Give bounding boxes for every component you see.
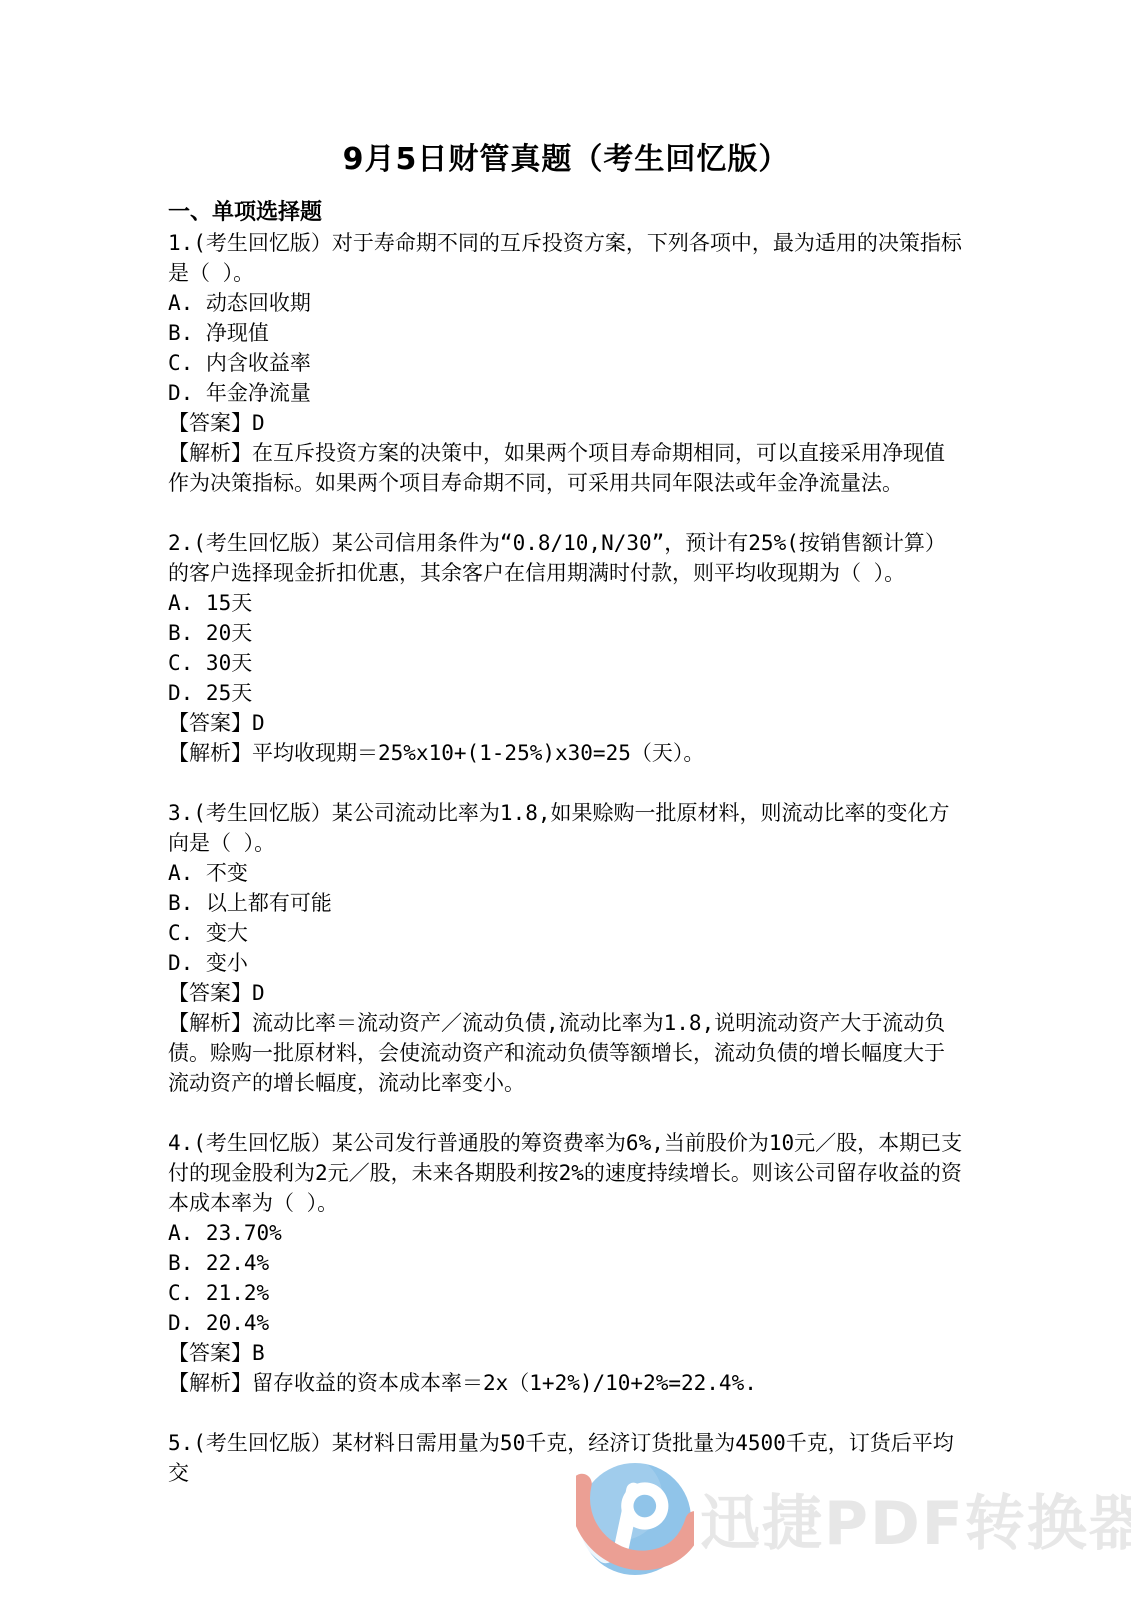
question-1-answer: D	[252, 411, 265, 435]
question-2-option-a: A. 15天	[168, 588, 964, 618]
question-3-stem: 3.(考生回忆版）某公司流动比率为1.8,如果赊购一批原材料，则流动比率的变化方…	[168, 798, 964, 858]
question-4-analysis: 留存收益的资本成本率＝2x（1+2%)/10+2%=22.4%.	[252, 1371, 757, 1395]
question-5-stem: 5.(考生回忆版）某材料日需用量为50千克，经济订货批量为4500千克，订货后平…	[168, 1428, 964, 1488]
question-3-option-c: C. 变大	[168, 918, 964, 948]
question-1-analysis-line: 【解析】在互斥投资方案的决策中，如果两个项目寿命期相同，可以直接采用净现值作为决…	[168, 438, 964, 498]
question-block-3: 3.(考生回忆版）某公司流动比率为1.8,如果赊购一批原材料，则流动比率的变化方…	[168, 798, 964, 1098]
question-1-analysis: 在互斥投资方案的决策中，如果两个项目寿命期相同，可以直接采用净现值作为决策指标。…	[168, 441, 945, 495]
question-3-answer: D	[252, 981, 265, 1005]
section-heading: 一、单项选择题	[168, 198, 964, 228]
analysis-label: 【解析】	[168, 741, 252, 765]
question-2-answer: D	[252, 711, 265, 735]
question-2-option-d: D. 25天	[168, 678, 964, 708]
question-4-stem: 4.(考生回忆版）某公司发行普通股的筹资费率为6%,当前股价为10元／股，本期已…	[168, 1128, 964, 1218]
question-2-option-c: C. 30天	[168, 648, 964, 678]
answer-label: 【答案】	[168, 1341, 252, 1365]
question-1-answer-line: 【答案】D	[168, 408, 964, 438]
question-4-analysis-line: 【解析】留存收益的资本成本率＝2x（1+2%)/10+2%=22.4%.	[168, 1368, 964, 1398]
question-4-option-b: B. 22.4%	[168, 1248, 964, 1278]
document-page: 9月5日财管真题（考生回忆版） 一、单项选择题 1.(考生回忆版）对于寿命期不同…	[168, 140, 964, 1488]
watermark-brand-text: 迅捷PDF转换器	[700, 1476, 1131, 1562]
question-2-analysis: 平均收现期＝25%x10+(1-25%)x30=25（天）。	[252, 741, 704, 765]
question-3-answer-line: 【答案】D	[168, 978, 964, 1008]
analysis-label: 【解析】	[168, 1371, 252, 1395]
question-1-stem: 1.(考生回忆版）对于寿命期不同的互斥投资方案，下列各项中，最为适用的决策指标是…	[168, 228, 964, 288]
analysis-label: 【解析】	[168, 441, 252, 465]
question-3-option-b: B. 以上都有可能	[168, 888, 964, 918]
question-1-option-b: B. 净现值	[168, 318, 964, 348]
question-2-answer-line: 【答案】D	[168, 708, 964, 738]
page-title: 9月5日财管真题（考生回忆版）	[168, 140, 964, 180]
question-2-stem: 2.(考生回忆版）某公司信用条件为“0.8/10,N/30”，预计有25%(按销…	[168, 528, 964, 588]
question-1-option-d: D. 年金净流量	[168, 378, 964, 408]
question-4-option-a: A. 23.70%	[168, 1218, 964, 1248]
answer-label: 【答案】	[168, 411, 252, 435]
question-block-5: 5.(考生回忆版）某材料日需用量为50千克，经济订货批量为4500千克，订货后平…	[168, 1428, 964, 1488]
answer-label: 【答案】	[168, 981, 252, 1005]
question-3-option-a: A. 不变	[168, 858, 964, 888]
question-1-option-a: A. 动态回收期	[168, 288, 964, 318]
answer-label: 【答案】	[168, 711, 252, 735]
question-block-1: 1.(考生回忆版）对于寿命期不同的互斥投资方案，下列各项中，最为适用的决策指标是…	[168, 228, 964, 498]
question-1-option-c: C. 内含收益率	[168, 348, 964, 378]
question-4-option-d: D. 20.4%	[168, 1308, 964, 1338]
question-2-option-b: B. 20天	[168, 618, 964, 648]
question-4-option-c: C. 21.2%	[168, 1278, 964, 1308]
question-4-answer-line: 【答案】B	[168, 1338, 964, 1368]
question-3-option-d: D. 变小	[168, 948, 964, 978]
analysis-label: 【解析】	[168, 1011, 252, 1035]
question-block-4: 4.(考生回忆版）某公司发行普通股的筹资费率为6%,当前股价为10元／股，本期已…	[168, 1128, 964, 1398]
question-3-analysis-line: 【解析】流动比率＝流动资产／流动负债,流动比率为1.8,说明流动资产大于流动负债…	[168, 1008, 964, 1098]
question-3-analysis: 流动比率＝流动资产／流动负债,流动比率为1.8,说明流动资产大于流动负债。赊购一…	[168, 1011, 945, 1095]
question-block-2: 2.(考生回忆版）某公司信用条件为“0.8/10,N/30”，预计有25%(按销…	[168, 528, 964, 768]
question-2-analysis-line: 【解析】平均收现期＝25%x10+(1-25%)x30=25（天）。	[168, 738, 964, 768]
question-4-answer: B	[252, 1341, 265, 1365]
